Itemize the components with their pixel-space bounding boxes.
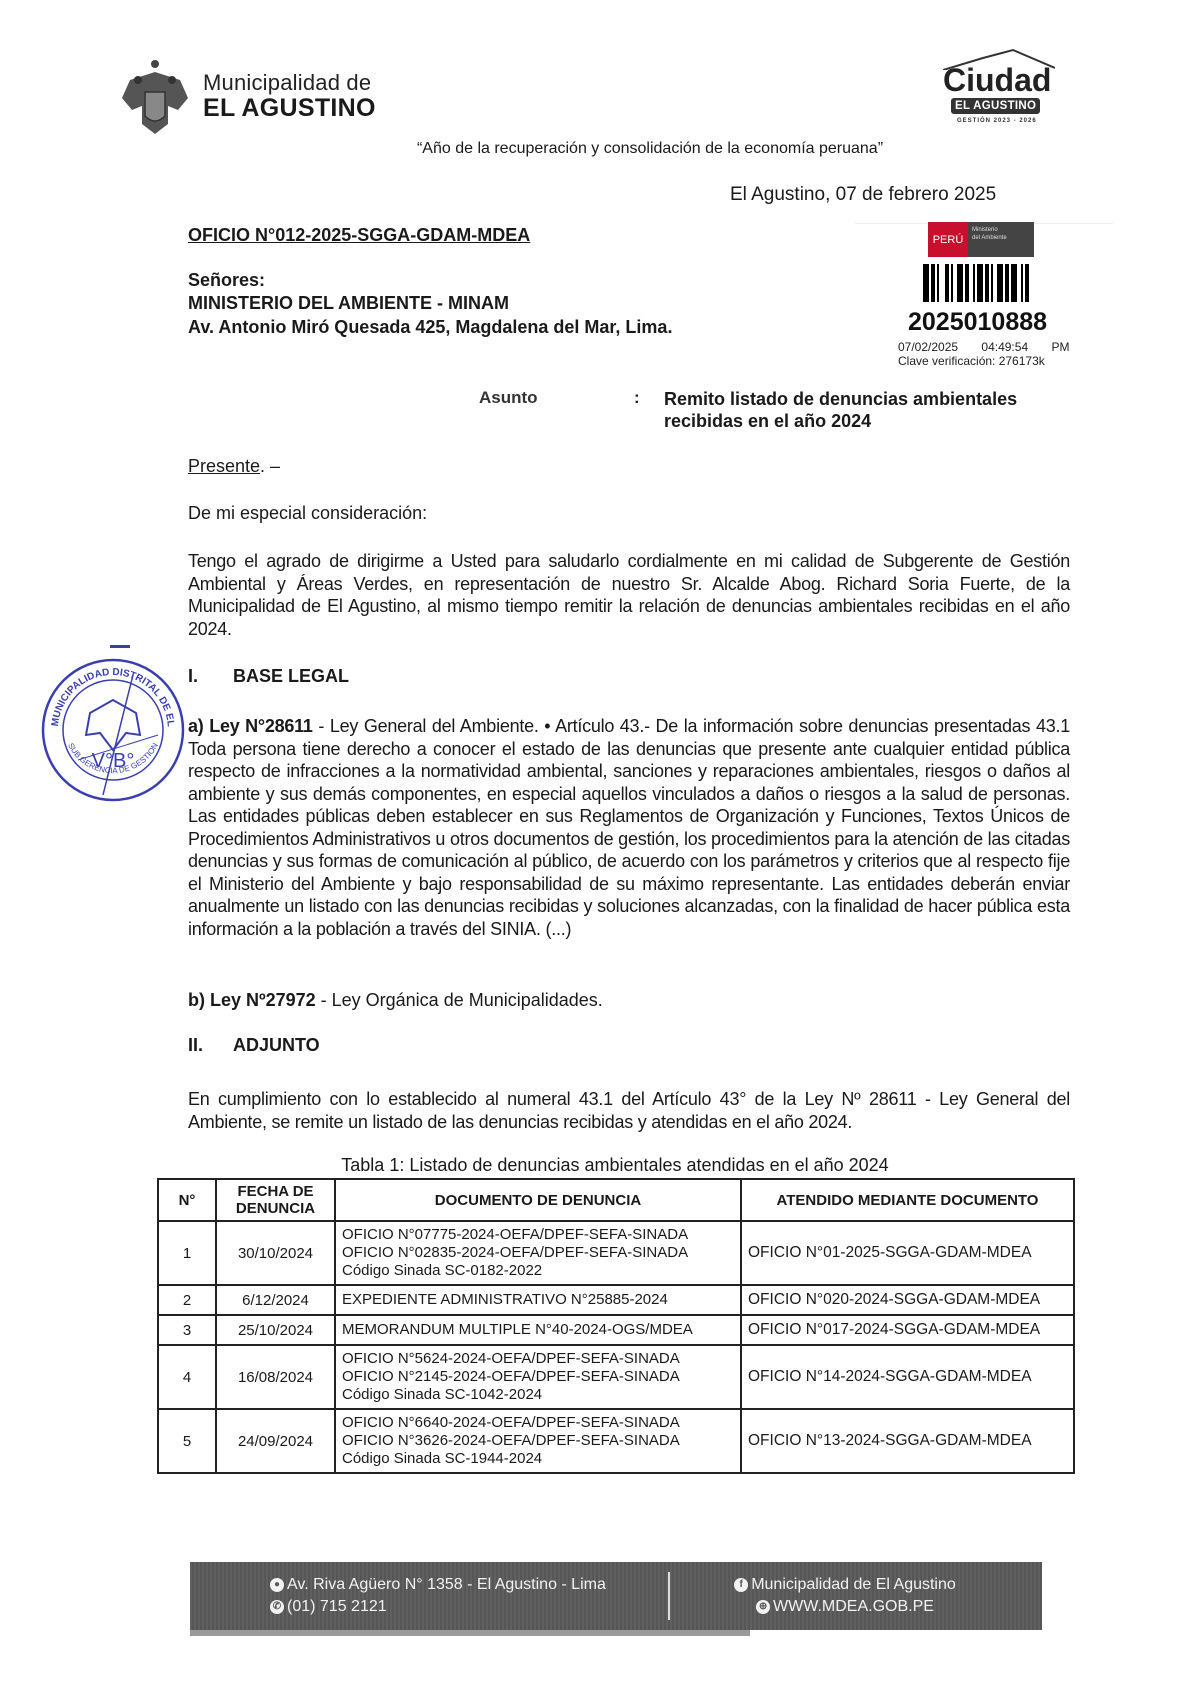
- row-response-document: OFICIO N°01-2025-SGGA-GDAM-MDEA: [741, 1221, 1074, 1285]
- document-line: OFICIO N°5624-2024-OEFA/DPEF-SEFA-SINADA: [342, 1350, 734, 1368]
- row-response-document: OFICIO N°14-2024-SGGA-GDAM-MDEA: [741, 1345, 1074, 1409]
- salutation-to: Señores:: [188, 270, 265, 291]
- year-motto: “Año de la recuperación y consolidación …: [0, 140, 1190, 158]
- location-pin-icon: ●: [270, 1578, 284, 1592]
- table-row: 130/10/2024OFICIO N°07775-2024-OEFA/DPEF…: [158, 1221, 1074, 1285]
- intro-paragraph: Tengo el agrado de dirigirme a Usted par…: [188, 550, 1070, 640]
- row-date: 24/09/2024: [216, 1409, 335, 1473]
- document-line: OFICIO N°2145-2024-OEFA/DPEF-SEFA-SINADA: [342, 1368, 734, 1386]
- ciudad-el-agustino-logo: Ciudad EL AGUSTINO GESTIÓN 2023 - 2026: [935, 48, 1065, 132]
- registry-datetime: 07/02/2025 04:49:54 PM: [898, 340, 1069, 354]
- footer-contact: ●Av. Riva Agüero N° 1358 - El Agustino -…: [270, 1574, 606, 1618]
- document-line: OFICIO N°02835-2024-OEFA/DPEF-SEFA-SINAD…: [342, 1244, 734, 1262]
- document-line: Código Sinada SC-0182-2022: [342, 1262, 734, 1280]
- phone-icon: ✆: [270, 1600, 284, 1614]
- coat-of-arms-icon: [118, 58, 192, 138]
- row-date: 30/10/2024: [216, 1221, 335, 1285]
- table-row: 416/08/2024OFICIO N°5624-2024-OEFA/DPEF-…: [158, 1345, 1074, 1409]
- logo-word: Ciudad: [943, 62, 1051, 99]
- document-reference: OFICIO N°012-2025-SGGA-GDAM-MDEA: [188, 225, 530, 246]
- table-row: 524/09/2024OFICIO N°6640-2024-OEFA/DPEF-…: [158, 1409, 1074, 1473]
- ministry-label: Ministerio del Ambiente: [968, 222, 1034, 257]
- section-adjunto: II.ADJUNTO: [188, 1035, 320, 1056]
- table-row: 26/12/2024EXPEDIENTE ADMINISTRATIVO N°25…: [158, 1285, 1074, 1315]
- document-line: OFICIO N°07775-2024-OEFA/DPEF-SEFA-SINAD…: [342, 1226, 734, 1244]
- presente: Presente. –: [188, 456, 280, 477]
- footer-social: fMunicipalidad de El Agustino ⊕WWW.MDEA.…: [715, 1574, 975, 1618]
- document-line: OFICIO N°3626-2024-OEFA/DPEF-SEFA-SINADA: [342, 1432, 734, 1450]
- document-line: OFICIO N°6640-2024-OEFA/DPEF-SEFA-SINADA: [342, 1414, 734, 1432]
- recipient: MINISTERIO DEL AMBIENTE - MINAM: [188, 293, 509, 314]
- table-header-row: N° FECHA DE DENUNCIA DOCUMENTO DE DENUNC…: [158, 1179, 1074, 1221]
- verification-key: Clave verificación: 276173k: [898, 354, 1045, 368]
- approval-seal-icon: MUNICIPALIDAD DISTRITAL DE EL AGUSTINO S…: [38, 655, 188, 805]
- row-response-document: OFICIO N°020-2024-SGGA-GDAM-MDEA: [741, 1285, 1074, 1315]
- legal-item-a: a) Ley N°28611 - Ley General del Ambient…: [188, 715, 1070, 940]
- table-row: 325/10/2024MEMORANDUM MULTIPLE N°40-2024…: [158, 1315, 1074, 1345]
- footer-facebook[interactable]: Municipalidad de El Agustino: [751, 1576, 956, 1593]
- subject-label: Asunto: [479, 388, 538, 408]
- row-date: 16/08/2024: [216, 1345, 335, 1409]
- footer-phone: (01) 715 2121: [287, 1598, 387, 1615]
- complaints-table: N° FECHA DE DENUNCIA DOCUMENTO DE DENUNC…: [157, 1178, 1075, 1474]
- barcode-icon: [923, 264, 1051, 302]
- row-date: 25/10/2024: [216, 1315, 335, 1345]
- footer-website[interactable]: WWW.MDEA.GOB.PE: [773, 1598, 934, 1615]
- footer-strip: [190, 1630, 750, 1636]
- subject-colon: :: [634, 388, 640, 408]
- row-document: OFICIO N°5624-2024-OEFA/DPEF-SEFA-SINADA…: [335, 1345, 741, 1409]
- row-number: 1: [158, 1221, 216, 1285]
- header-number: N°: [158, 1179, 216, 1221]
- row-response-document: OFICIO N°017-2024-SGGA-GDAM-MDEA: [741, 1315, 1074, 1345]
- legal-item-b: b) Ley Nº27972 - Ley Orgánica de Municip…: [188, 990, 603, 1011]
- seal-mark: [110, 645, 130, 648]
- row-number: 4: [158, 1345, 216, 1409]
- document-line: MEMORANDUM MULTIPLE N°40-2024-OGS/MDEA: [342, 1321, 734, 1339]
- svg-text:MUNICIPALIDAD DISTRITAL DE EL: MUNICIPALIDAD DISTRITAL DE EL AGUSTINO: [38, 655, 176, 729]
- municipality-name-line1: Municipalidad de: [203, 70, 371, 96]
- registry-time: 04:49:54 PM: [981, 340, 1069, 354]
- header-date: FECHA DE DENUNCIA: [216, 1179, 335, 1221]
- logo-badge: EL AGUSTINO: [951, 98, 1040, 114]
- row-response-document: OFICIO N°13-2024-SGGA-GDAM-MDEA: [741, 1409, 1074, 1473]
- recipient-address: Av. Antonio Miró Quesada 425, Magdalena …: [188, 317, 672, 338]
- adjunto-paragraph: En cumplimiento con lo establecido al nu…: [188, 1088, 1070, 1133]
- facebook-icon: f: [734, 1578, 748, 1592]
- footer-divider: [668, 1572, 670, 1620]
- row-document: OFICIO N°6640-2024-OEFA/DPEF-SEFA-SINADA…: [335, 1409, 741, 1473]
- table-caption: Tabla 1: Listado de denuncias ambientale…: [0, 1155, 1190, 1176]
- document-line: Código Sinada SC-1042-2024: [342, 1386, 734, 1404]
- header-response: ATENDIDO MEDIANTE DOCUMENTO: [741, 1179, 1074, 1221]
- section-base-legal: I.BASE LEGAL: [188, 666, 349, 687]
- row-number: 2: [158, 1285, 216, 1315]
- header-document: DOCUMENTO DE DENUNCIA: [335, 1179, 741, 1221]
- municipality-name-line2: EL AGUSTINO: [203, 94, 376, 123]
- document-line: Código Sinada SC-1944-2024: [342, 1450, 734, 1468]
- row-number: 5: [158, 1409, 216, 1473]
- registry-number: 2025010888: [908, 308, 1047, 337]
- subject-text: Remito listado de denuncias ambientales …: [664, 388, 1084, 432]
- place-date: El Agustino, 07 de febrero 2025: [730, 184, 996, 206]
- page-footer: ●Av. Riva Agüero N° 1358 - El Agustino -…: [190, 1562, 1042, 1630]
- row-date: 6/12/2024: [216, 1285, 335, 1315]
- registry-date: 07/02/2025: [898, 340, 958, 354]
- minam-banner: PERÚ Ministerio del Ambiente: [928, 222, 1034, 257]
- logo-subtitle: GESTIÓN 2023 - 2026: [957, 118, 1037, 124]
- footer-address: Av. Riva Agüero N° 1358 - El Agustino - …: [287, 1576, 606, 1593]
- greeting: De mi especial consideración:: [188, 503, 427, 524]
- row-document: EXPEDIENTE ADMINISTRATIVO N°25885-2024: [335, 1285, 741, 1315]
- document-line: EXPEDIENTE ADMINISTRATIVO N°25885-2024: [342, 1291, 734, 1309]
- globe-icon: ⊕: [756, 1600, 770, 1614]
- row-number: 3: [158, 1315, 216, 1345]
- row-document: OFICIO N°07775-2024-OEFA/DPEF-SEFA-SINAD…: [335, 1221, 741, 1285]
- row-document: MEMORANDUM MULTIPLE N°40-2024-OGS/MDEA: [335, 1315, 741, 1345]
- peru-label: PERÚ: [928, 222, 968, 257]
